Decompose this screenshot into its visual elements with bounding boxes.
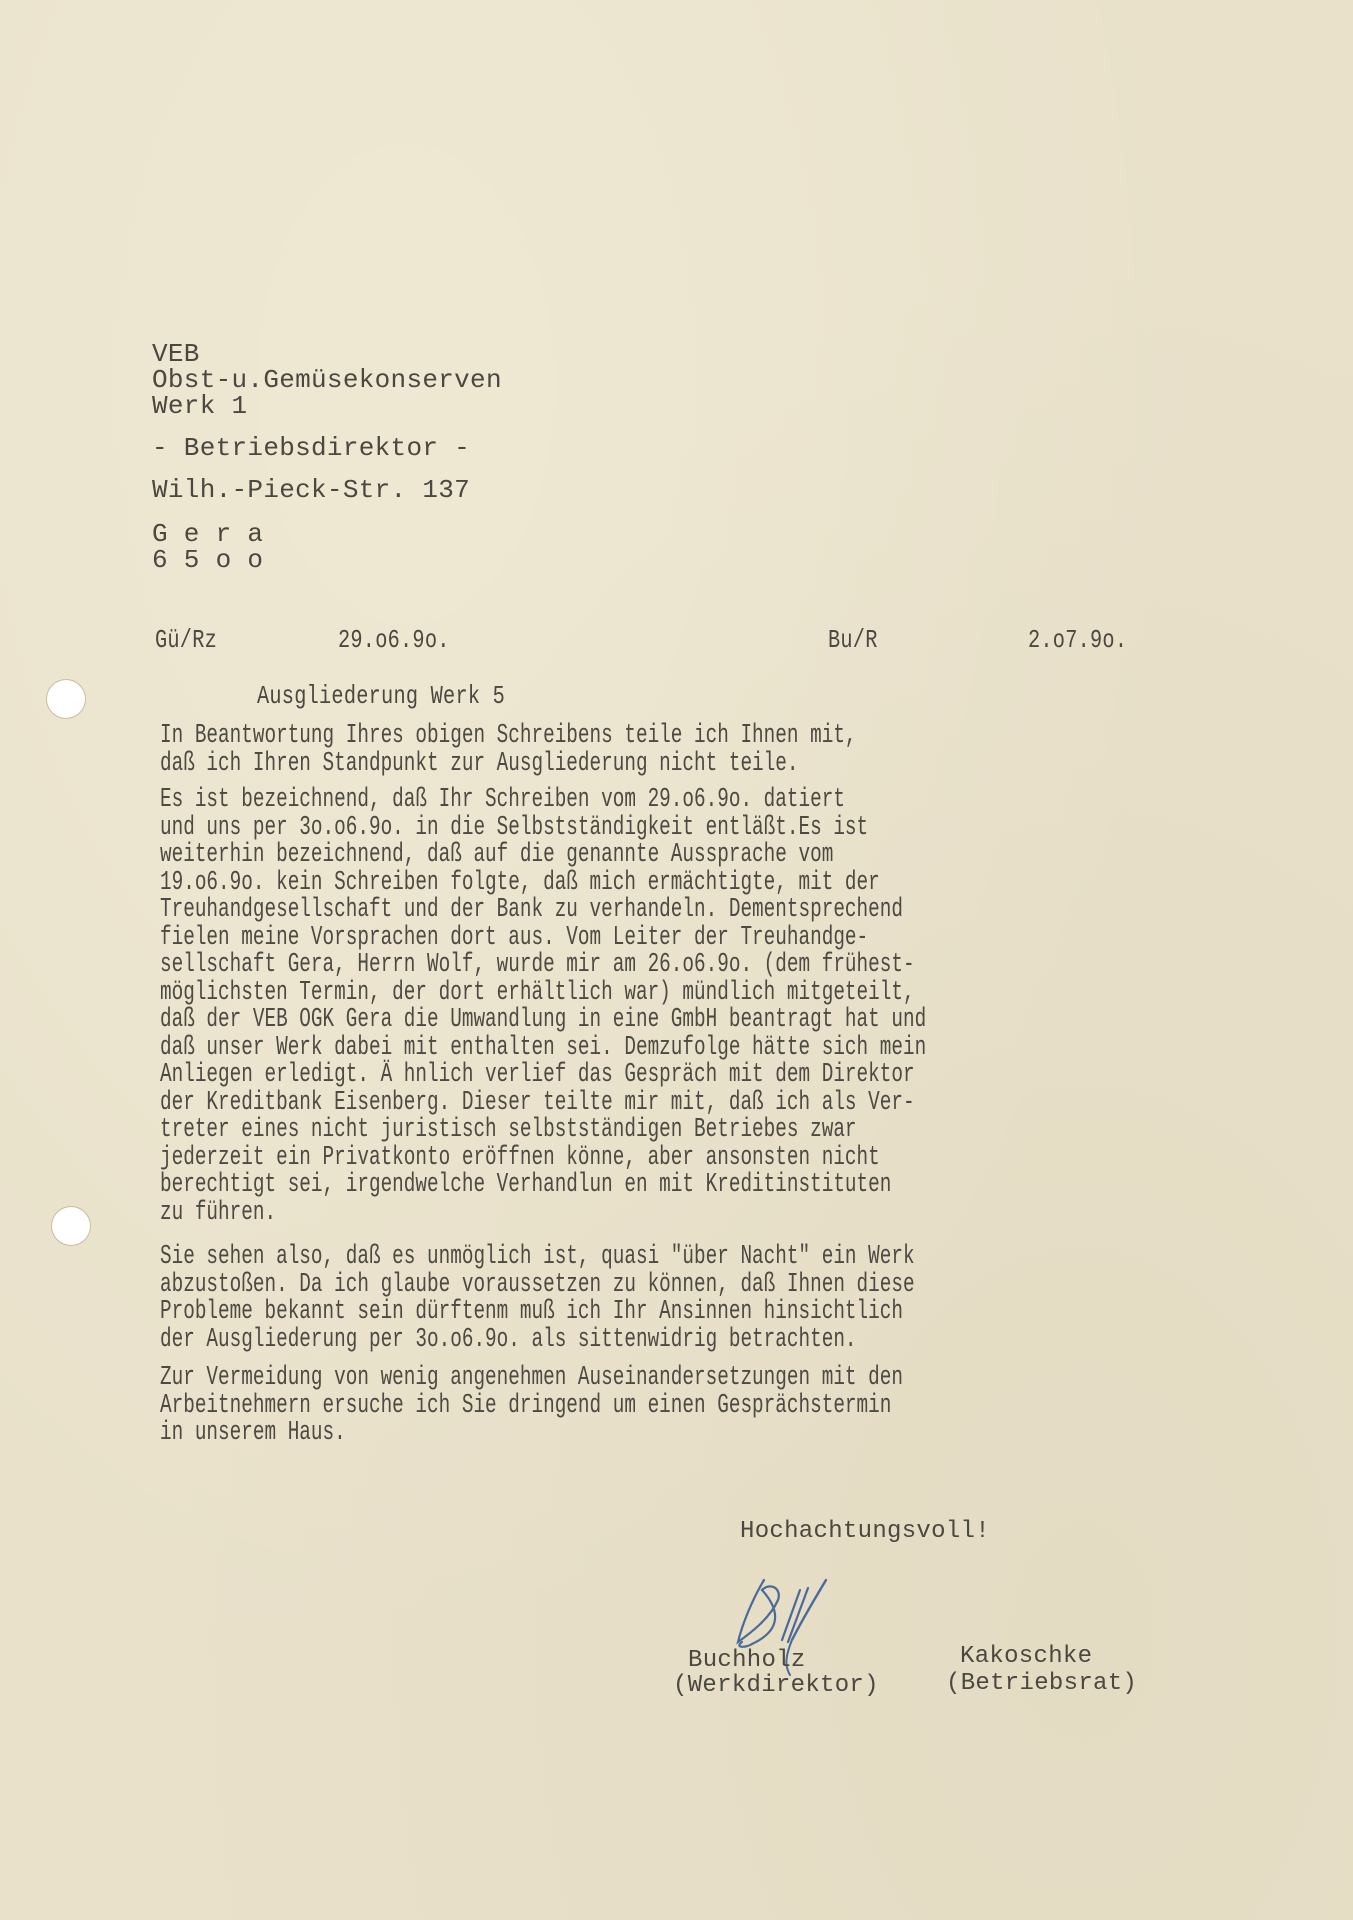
signatory-role: (Werkdirektor)	[673, 1672, 879, 1700]
paragraph-1: In Beantwortung Ihres obigen Schreibens …	[160, 722, 1182, 777]
your-sign: Gü/Rz	[155, 626, 217, 654]
paragraph-4: Zur Vermeidung von wenig angenehmen Ause…	[160, 1364, 1182, 1447]
our-sign: Bu/R	[828, 626, 878, 654]
paragraph-line: Arbeitnehmern ersuche ich Sie dringend u…	[160, 1392, 1182, 1420]
closing: Hochachtungsvoll!	[740, 1518, 990, 1546]
paragraph-line: jederzeit ein Privatkonto eröffnen könne…	[160, 1144, 1182, 1172]
paragraph-line: Es ist bezeichnend, daß Ihr Schreiben vo…	[160, 786, 1182, 814]
paragraph-line: der Ausgliederung per 3o.o6.9o. als sitt…	[160, 1326, 1182, 1354]
paragraph-line: der Kreditbank Eisenberg. Dieser teilte …	[160, 1089, 1182, 1117]
paragraph-line: treter eines nicht juristisch selbststän…	[160, 1116, 1182, 1144]
org-line-3: Werk 1	[152, 392, 247, 420]
paragraph-line: daß ich Ihren Standpunkt zur Ausgliederu…	[160, 750, 1182, 778]
paragraph-line: daß unser Werk dabei mit enthalten sei. …	[160, 1034, 1182, 1062]
paragraph-3: Sie sehen also, daß es unmöglich ist, qu…	[160, 1243, 1182, 1353]
paragraph-line: berechtigt sei, irgendwelche Verhandlun …	[160, 1171, 1182, 1199]
org-line-1: VEB	[152, 340, 200, 368]
signatory-name: Kakoschke	[960, 1643, 1092, 1671]
org-line-2: Obst-u.Gemüsekonserven	[152, 366, 502, 394]
paragraph-line: weiterhin bezeichnend, daß auf die genan…	[160, 841, 1182, 869]
our-date: 2.o7.9o.	[1028, 626, 1127, 654]
paragraph-line: Probleme bekannt sein dürftenm muß ich I…	[160, 1298, 1182, 1326]
paragraph-2: Es ist bezeichnend, daß Ihr Schreiben vo…	[160, 786, 1182, 1226]
signatory-name: Buchholz	[688, 1647, 806, 1675]
paragraph-line: daß der VEB OGK Gera die Umwandlung in e…	[160, 1006, 1182, 1034]
paragraph-line: Anliegen erledigt. Ä hnlich verlief das …	[160, 1061, 1182, 1089]
punch-hole-bottom	[52, 1207, 90, 1245]
paragraph-line: 19.o6.9o. kein Schreiben folgte, daß mic…	[160, 869, 1182, 897]
city: G e r a	[152, 520, 263, 548]
paragraph-line: Sie sehen also, daß es unmöglich ist, qu…	[160, 1243, 1182, 1271]
your-date: 29.o6.9o.	[338, 626, 450, 654]
subject: Ausgliederung Werk 5	[257, 682, 505, 710]
paragraph-line: abzustoßen. Da ich glaube voraussetzen z…	[160, 1271, 1182, 1299]
postcode: 6 5 o o	[152, 546, 263, 574]
paragraph-line: Zur Vermeidung von wenig angenehmen Ause…	[160, 1364, 1182, 1392]
paragraph-line: in unserem Haus.	[160, 1419, 1182, 1447]
department: - Betriebsdirektor -	[152, 434, 470, 462]
street: Wilh.-Pieck-Str. 137	[152, 476, 470, 504]
punch-hole-top	[47, 680, 85, 718]
paragraph-line: möglichsten Termin, der dort erhältlich …	[160, 979, 1182, 1007]
paragraph-line: zu führen.	[160, 1199, 1182, 1227]
paragraph-line: In Beantwortung Ihres obigen Schreibens …	[160, 722, 1182, 750]
paragraph-line: und uns per 3o.o6.9o. in die Selbstständ…	[160, 814, 1182, 842]
signatory-role: (Betriebsrat)	[946, 1670, 1137, 1698]
paragraph-line: fielen meine Vorsprachen dort aus. Vom L…	[160, 924, 1182, 952]
paragraph-line: sellschaft Gera, Herrn Wolf, wurde mir a…	[160, 951, 1182, 979]
paragraph-line: Treuhandgesellschaft und der Bank zu ver…	[160, 896, 1182, 924]
